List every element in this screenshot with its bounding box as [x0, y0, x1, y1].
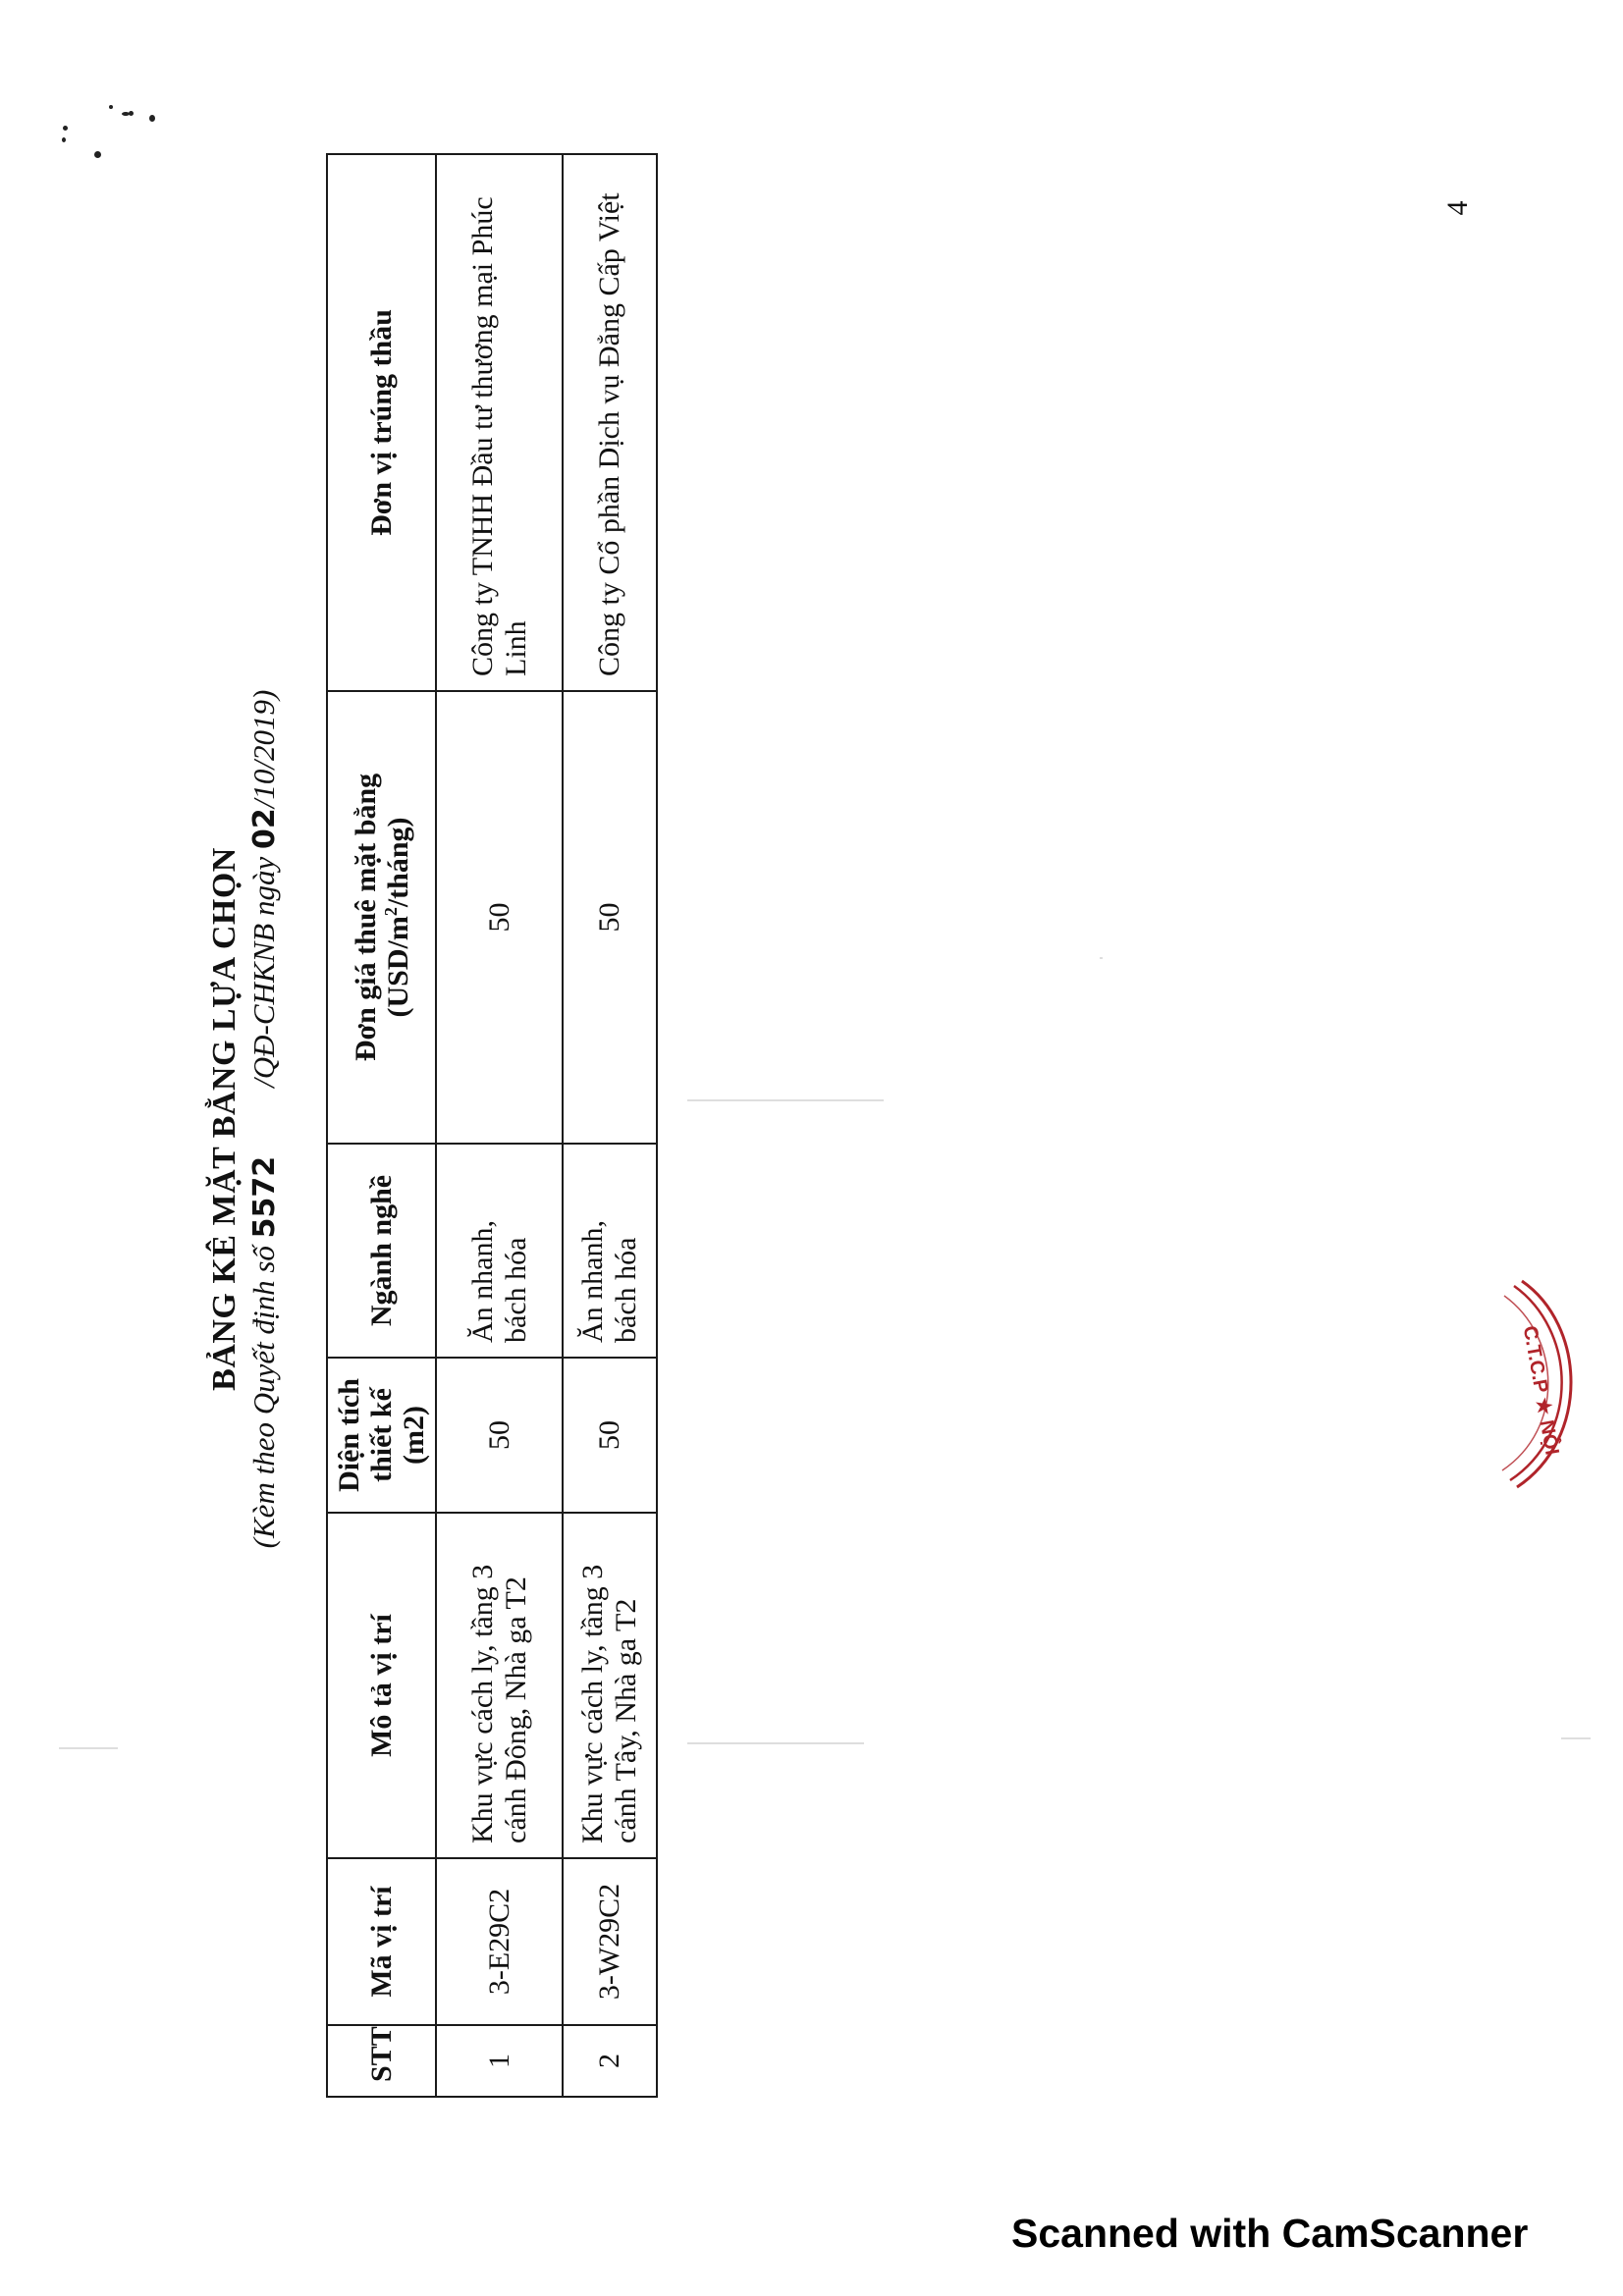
scan-speck [62, 137, 66, 142]
selection-table: STT Mã vị trí Mô tả vị trí Diện tích thi… [326, 153, 658, 2098]
scan-speck [94, 151, 101, 158]
company-stamp-icon: C.T.C.P ★ NỘI [1483, 1266, 1620, 1502]
table-row: 1 3-E29C2 Khu vực cách ly, tầng 3 cánh Đ… [436, 154, 563, 2097]
cell-winner: Công ty Cổ phần Dịch vụ Đẳng Cấp Việt [563, 154, 657, 691]
cell-stt: 1 [436, 2025, 563, 2097]
cell-description: Khu vực cách ly, tầng 3 cánh Tây, Nhà ga… [563, 1513, 657, 1858]
cell-business: Ăn nhanh, bách hóa [563, 1144, 657, 1358]
stamp-text: C.T.C.P ★ NỘI [1519, 1324, 1565, 1457]
cell-area: 50 [436, 1358, 563, 1513]
header-business: Ngành nghề [327, 1144, 436, 1358]
cell-business: Ăn nhanh, bách hóa [436, 1144, 563, 1358]
selection-table-wrapper: STT Mã vị trí Mô tả vị trí Diện tích thi… [326, 155, 656, 2098]
cell-description: Khu vực cách ly, tầng 3 cánh Đông, Nhà g… [436, 1513, 563, 1858]
table-row: 2 3-W29C2 Khu vực cách ly, tầng 3 cánh T… [563, 154, 657, 2097]
cell-stt: 2 [563, 2025, 657, 2097]
scan-speck [129, 111, 134, 116]
decision-number: 5572 [247, 1156, 282, 1239]
header-area: Diện tích thiết kế (m2) [327, 1358, 436, 1513]
header-winner: Đơn vị trúng thầu [327, 154, 436, 691]
header-stt: STT [327, 2025, 436, 2097]
table-header-row: STT Mã vị trí Mô tả vị trí Diện tích thi… [327, 154, 436, 2097]
title-block: BẢNG KÊ MẶT BẰNG LỰA CHỌN (Kèm theo Quyế… [206, 628, 314, 1610]
cell-price: 50 [436, 691, 563, 1144]
document-subtitle: (Kèm theo Quyết định số 5572/QĐ-CHKNB ng… [245, 628, 284, 1610]
decision-day: 02 [247, 808, 282, 849]
page-number: 4 [1438, 188, 1478, 228]
subtitle-code: /QĐ-CHKNB ngày [246, 857, 281, 1088]
subtitle-date: /10/2019) [246, 690, 281, 809]
scan-noise [1100, 957, 1103, 959]
header-description: Mô tả vị trí [327, 1513, 436, 1858]
cell-winner: Công ty TNHH Đầu tư thương mại Phúc Linh [436, 154, 563, 691]
scan-speck [63, 126, 68, 131]
header-code: Mã vị trí [327, 1858, 436, 2025]
cell-code: 3-E29C2 [436, 1858, 563, 2025]
scan-noise [687, 1099, 884, 1101]
cell-price: 50 [563, 691, 657, 1144]
scan-noise [59, 1747, 118, 1749]
cell-area: 50 [563, 1358, 657, 1513]
subtitle-prefix: (Kèm theo Quyết định số [246, 1246, 281, 1548]
document-title: BẢNG KÊ MẶT BẰNG LỰA CHỌN [206, 628, 243, 1610]
scan-speck [109, 105, 113, 109]
scan-noise [687, 1742, 864, 1744]
scan-speck [149, 115, 155, 122]
header-price: Đơn giá thuê mặt bằng (USD/m2/tháng) [327, 691, 436, 1144]
cell-code: 3-W29C2 [563, 1858, 657, 2025]
camscanner-watermark: Scanned with CamScanner [1011, 2204, 1561, 2263]
scan-noise [1561, 1737, 1591, 1739]
